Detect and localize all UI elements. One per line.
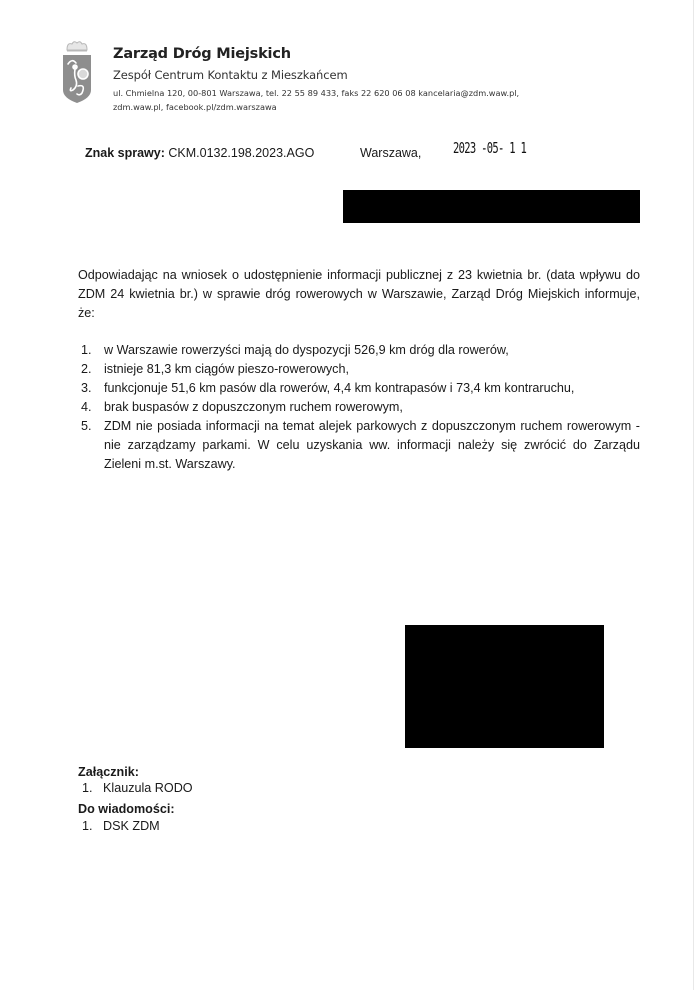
cc-number: 1. — [82, 819, 103, 833]
organization-unit: Zespół Centrum Kontaktu z Mieszkańcem — [113, 68, 348, 82]
findings-list: 1.w Warszawie rowerzyści mają do dyspozy… — [78, 341, 640, 474]
list-item: 5.ZDM nie posiada informacji na temat al… — [78, 417, 640, 474]
list-text: funkcjonuje 51,6 km pasów dla rowerów, 4… — [104, 381, 574, 395]
cc-text: DSK ZDM — [103, 819, 160, 833]
list-item: 4.brak buspasów z dopuszczonym ruchem ro… — [78, 398, 640, 417]
cc-heading: Do wiadomości: — [78, 802, 175, 816]
case-reference-value: CKM.0132.198.2023.AGO — [168, 146, 314, 160]
list-text: ZDM nie posiada informacji na temat alej… — [104, 419, 640, 471]
attachment-text: Klauzula RODO — [103, 781, 193, 795]
organization-name: Zarząd Dróg Miejskich — [113, 46, 291, 62]
cc-item: 1.DSK ZDM — [82, 819, 160, 833]
list-item: 1.w Warszawie rowerzyści mają do dyspozy… — [78, 341, 640, 360]
intro-paragraph: Odpowiadając na wniosek o udostępnienie … — [78, 266, 640, 323]
list-number: 2. — [81, 360, 92, 379]
list-text: brak buspasów z dopuszczonym ruchem rowe… — [104, 400, 403, 414]
list-number: 1. — [81, 341, 92, 360]
redacted-signature — [405, 625, 604, 748]
list-item: 3.funkcjonuje 51,6 km pasów dla rowerów,… — [78, 379, 640, 398]
list-number: 5. — [81, 417, 92, 436]
date-stamp: 2023 -05- 1 1 — [453, 139, 526, 157]
list-text: w Warszawie rowerzyści mają do dyspozycj… — [104, 343, 509, 357]
letter-page: Zarząd Dróg Miejskich Zespół Centrum Kon… — [0, 0, 700, 990]
case-reference-label: Znak sprawy: — [85, 146, 165, 160]
organization-contact: ul. Chmielna 120, 00-801 Warszawa, tel. … — [113, 86, 573, 114]
list-text: istnieje 81,3 km ciągów pieszo-rowerowyc… — [104, 362, 349, 376]
city: Warszawa, — [360, 146, 421, 160]
case-reference: Znak sprawy: CKM.0132.198.2023.AGO — [85, 146, 314, 160]
redacted-addressee — [343, 190, 640, 223]
list-number: 3. — [81, 379, 92, 398]
warsaw-coat-of-arms-icon — [60, 38, 94, 104]
contact-line: zdm.waw.pl, facebook.pl/zdm.warszawa — [113, 100, 573, 114]
list-item: 2.istnieje 81,3 km ciągów pieszo-rowerow… — [78, 360, 640, 379]
attachment-number: 1. — [82, 781, 103, 795]
attachments-heading: Załącznik: — [78, 765, 139, 779]
page-edge — [693, 0, 694, 990]
list-number: 4. — [81, 398, 92, 417]
contact-line: ul. Chmielna 120, 00-801 Warszawa, tel. … — [113, 86, 573, 100]
attachment-item: 1.Klauzula RODO — [82, 781, 193, 795]
